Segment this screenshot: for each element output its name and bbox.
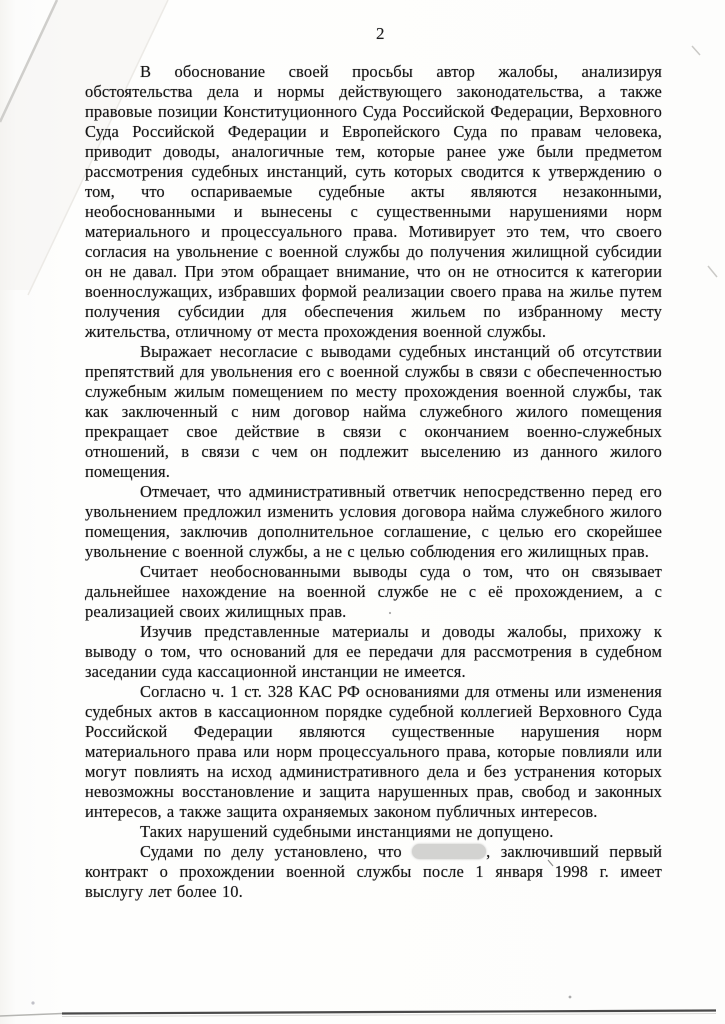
scanned-document-page: 2 В обоснование своей просьбы автор жало… [0, 0, 725, 1024]
paragraph-arguments-overview: В обоснование своей просьбы автор жалобы… [85, 62, 662, 342]
scratch-mark [708, 266, 717, 277]
bottom-edge-line-left [0, 1014, 62, 1017]
redaction-blob [412, 844, 486, 859]
paragraph-disagreement: Выражает несогласие с выводами судебных … [85, 342, 662, 482]
scratch-mark [692, 46, 700, 55]
dust-speck [569, 996, 572, 999]
document-body: В обоснование своей просьбы автор жалобы… [85, 62, 662, 902]
paragraph-established-facts: Судами по делу установлено, что , заключ… [85, 842, 662, 902]
paragraph-court-conclusions: Считает необоснованными выводы суда о то… [85, 562, 662, 622]
dust-speck [31, 1001, 34, 1004]
paragraph-contract-change: Отмечает, что административный ответчик … [85, 482, 662, 562]
corner-crease-line [0, 0, 57, 122]
page-number: 2 [376, 24, 385, 44]
paragraph-kas-rf-grounds: Согласно ч. 1 ст. 328 КАС РФ основаниями… [85, 682, 662, 822]
bottom-edge-line-shadow [62, 1014, 716, 1017]
bottom-edge-line [62, 1011, 716, 1014]
paragraph-review-conclusion: Изучив представленные материалы и доводы… [85, 622, 662, 682]
paragraph-no-violations: Таких нарушений судебными инстанциями не… [85, 822, 662, 842]
redacted-paragraph-before: Судами по делу установлено, что [140, 842, 412, 861]
